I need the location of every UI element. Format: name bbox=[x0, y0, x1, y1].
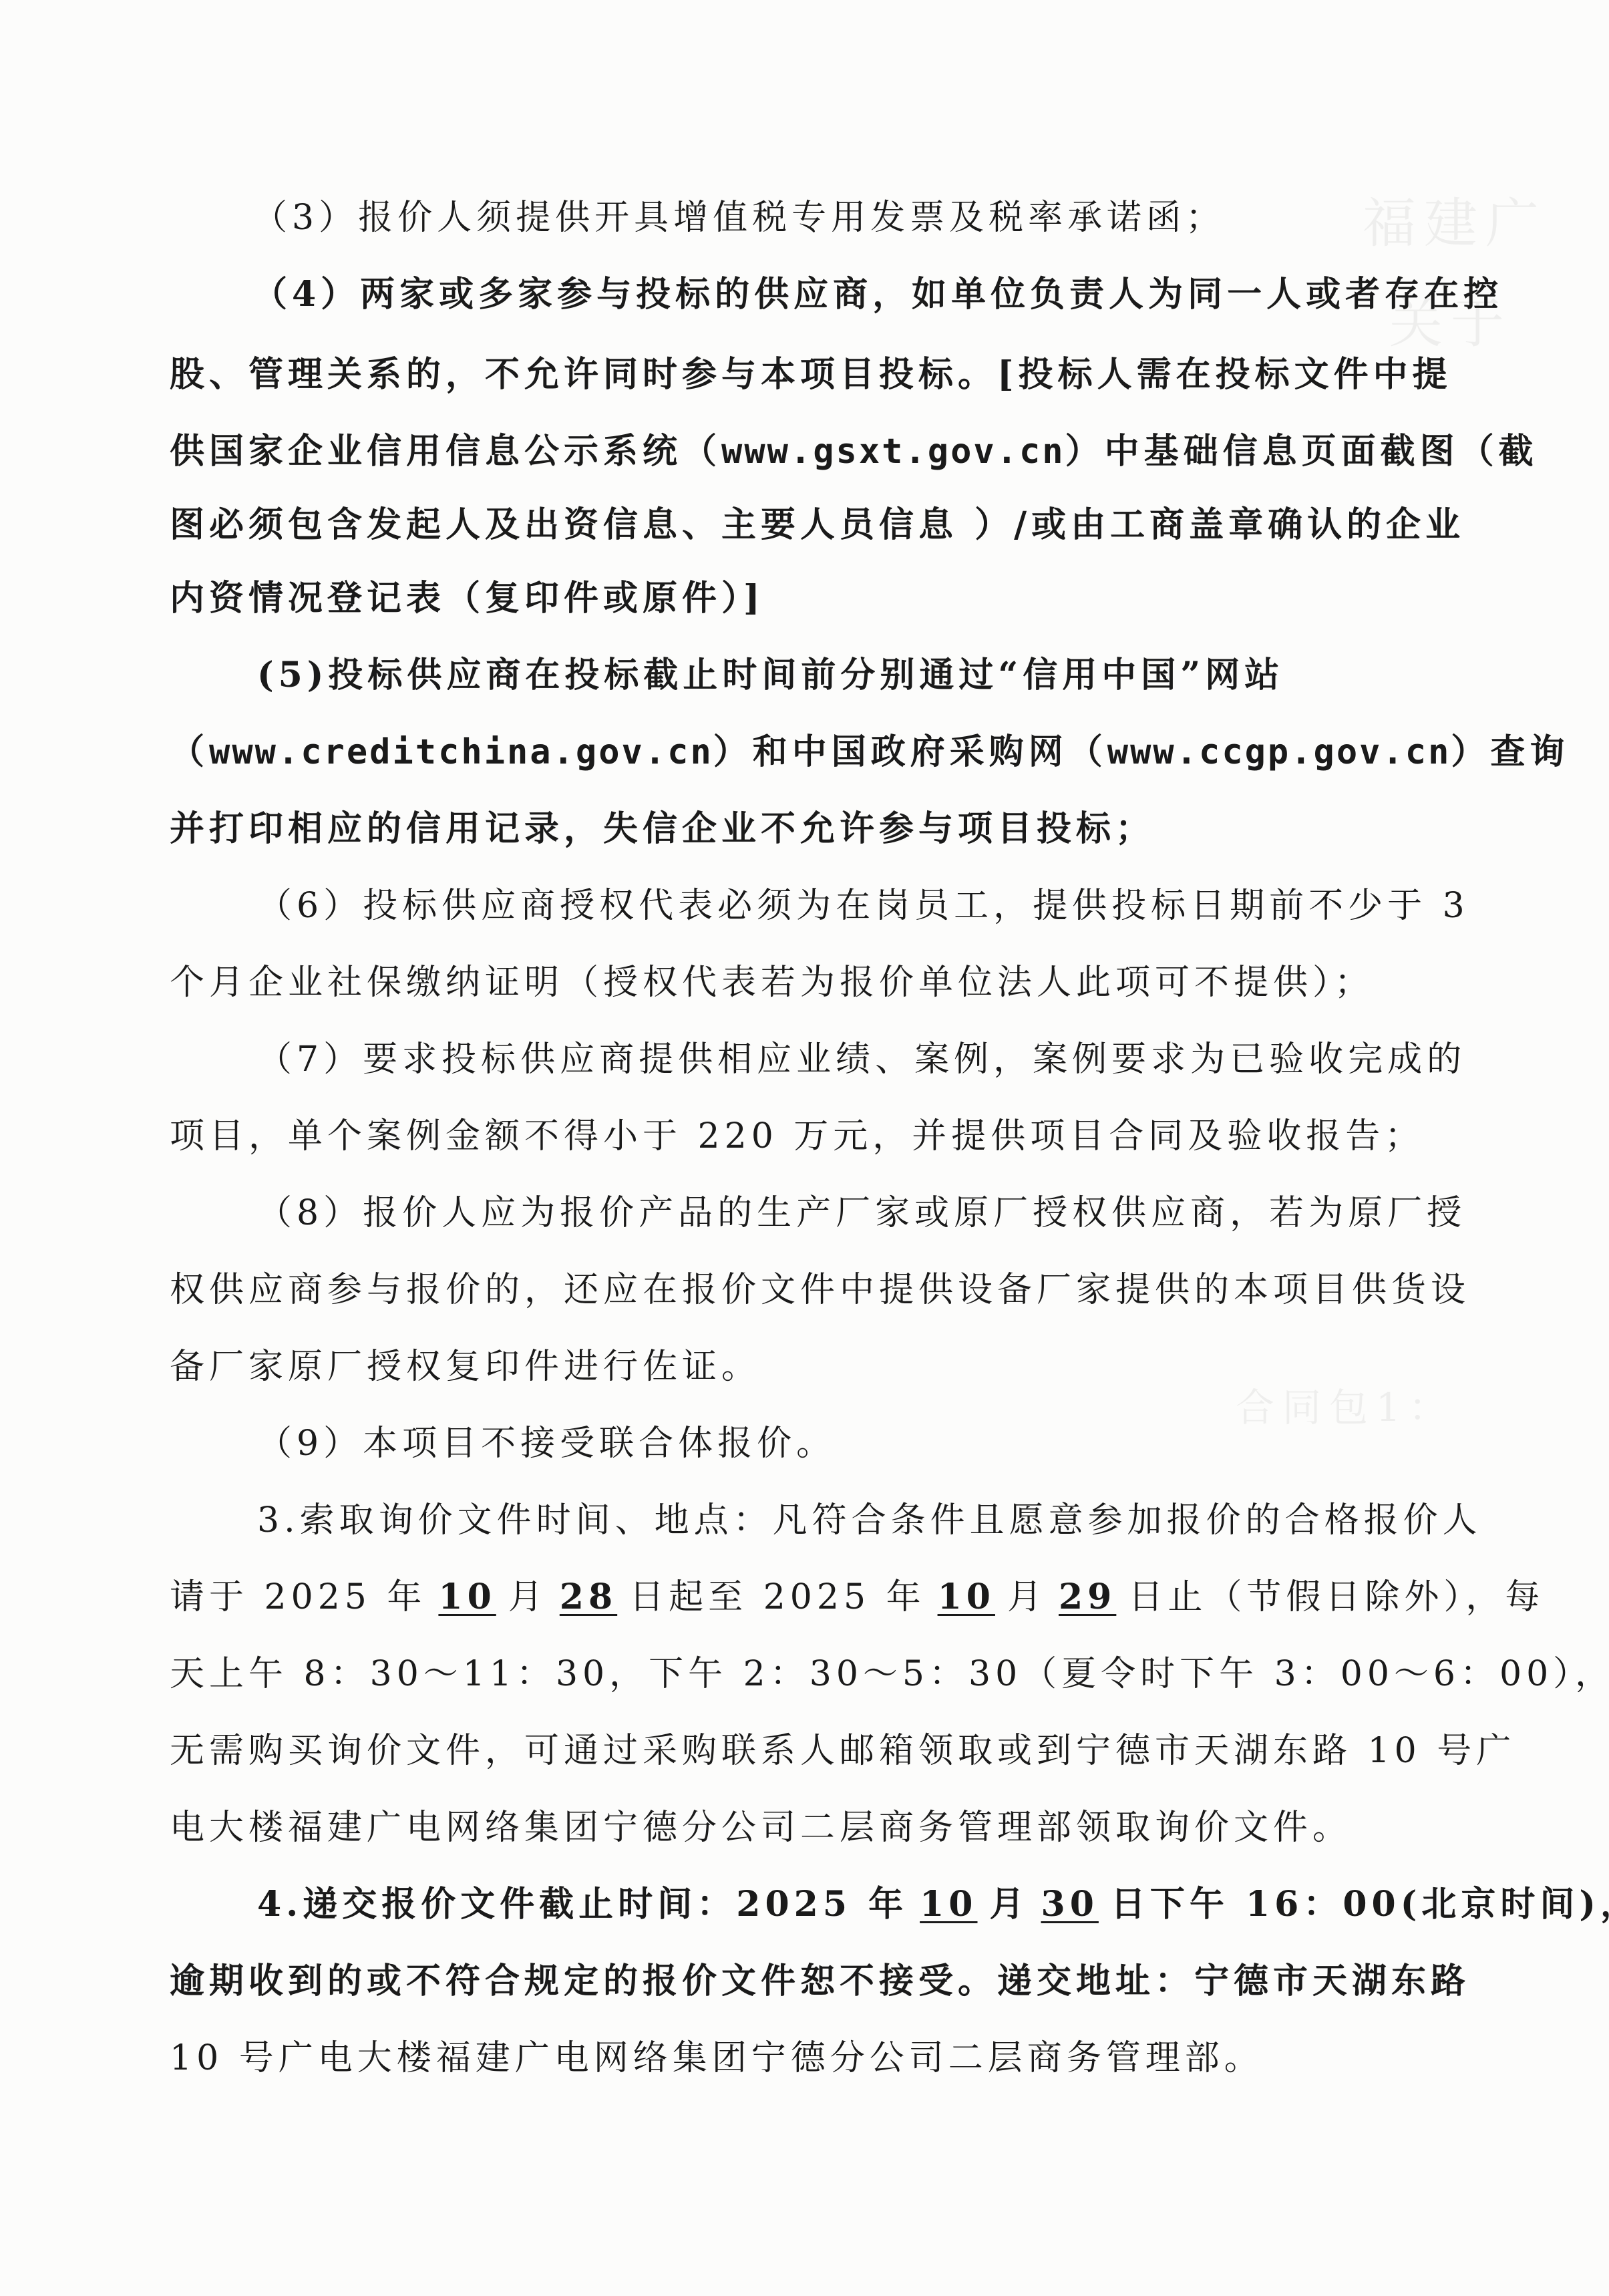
section-4-line-1: 4.递交报价文件截止时间：2025 年10月30日下午 16：00(北京时间)， bbox=[257, 1887, 1609, 1922]
item-8-line-3: 备厂家原厂授权复印件进行佐证。 bbox=[170, 1349, 761, 1384]
item-4-line-4: 图必须包含发起人及出资信息、主要人员信息 ）/或由工商盖章确认的企业 bbox=[170, 508, 1465, 542]
item-4-text: 供国家企业信用信息公示系统（ bbox=[170, 431, 721, 472]
bleed-through-text: 合同包1： bbox=[1236, 1376, 1455, 1432]
item-5-line-2: （www.creditchina.gov.cn）和中国政府采购网（www.ccg… bbox=[170, 735, 1569, 770]
item-7-line-1: （7）要求投标供应商提供相应业绩、案例，案例要求为已验收完成的 bbox=[257, 1042, 1466, 1077]
section-3-text: 日止（节假日除外），每 bbox=[1128, 1577, 1544, 1617]
section-3-text: 请于 2025 年 bbox=[170, 1577, 426, 1617]
section-4-line-2: 逾期收到的或不符合规定的报价文件恕不接受。递交地址：宁德市天湖东路 bbox=[170, 1964, 1470, 1999]
section-3-line-3: 天上午 8：30～11：30，下午 2：30～5：30（夏令时下午 3：00～6… bbox=[170, 1657, 1609, 1691]
section-3-line-2: 请于 2025 年10月28日起至 2025 年10月29日止（节假日除外），每 bbox=[170, 1580, 1544, 1615]
section-3-line-1: 3.索取询价文件时间、地点：凡符合条件且愿意参加报价的合格报价人 bbox=[257, 1503, 1482, 1538]
item-6-line-2: 个月企业社保缴纳证明（授权代表若为报价单位法人此项可不提供）； bbox=[170, 965, 1374, 1000]
item-5-text: ）和中国政府采购网（ bbox=[713, 731, 1107, 772]
section-4-line-3: 10 号广电大楼福建广电网络集团宁德分公司二层商务管理部。 bbox=[170, 2041, 1264, 2076]
start-month-field: 10 bbox=[426, 1577, 508, 1617]
item-7-line-2: 项目，单个案例金额不得小于 220 万元，并提供项目合同及验收报告； bbox=[170, 1119, 1424, 1154]
item-6-line-1: （6）投标供应商授权代表必须为在岗员工，提供投标日期前不少于 3 bbox=[257, 888, 1469, 923]
item-5-text: （ bbox=[170, 731, 209, 772]
item-5-text: ）查询 bbox=[1451, 731, 1569, 772]
section-4-text: 日下午 16：00(北京时间)， bbox=[1111, 1884, 1609, 1925]
item-8-line-2: 权供应商参与报价的，还应在报价文件中提供设备厂家提供的本项目供货设 bbox=[170, 1273, 1470, 1307]
bleed-through-text: 福建广 bbox=[1363, 180, 1547, 257]
section-3-text: 日起至 2025 年 bbox=[629, 1577, 925, 1617]
item-4-line-3: 供国家企业信用信息公示系统（www.gsxt.gov.cn）中基础信息页面截图（… bbox=[170, 434, 1538, 469]
month-label: 月 bbox=[990, 1884, 1029, 1925]
section-4-text: 4.递交报价文件截止时间：2025 年 bbox=[257, 1884, 908, 1925]
ccgp-url-link[interactable]: www.ccgp.gov.cn bbox=[1107, 732, 1451, 772]
deadline-day-field: 30 bbox=[1029, 1884, 1111, 1925]
month-label: 月 bbox=[508, 1577, 548, 1617]
item-4-text: ）中基础信息页面截图（截 bbox=[1065, 431, 1538, 472]
item-4-line-5: 内资情况登记表（复印件或原件）] bbox=[170, 581, 765, 616]
item-8-line-1: （8）报价人应为报价产品的生产厂家或原厂授权供应商，若为原厂授 bbox=[257, 1196, 1466, 1231]
creditchina-url-link[interactable]: www.creditchina.gov.cn bbox=[209, 732, 713, 772]
item-9: （9）本项目不接受联合体报价。 bbox=[257, 1426, 836, 1461]
item-5-line-1: (5)投标供应商在投标截止时间前分别通过“信用中国”网站 bbox=[257, 658, 1284, 693]
deadline-month-field: 10 bbox=[908, 1884, 989, 1925]
section-3-line-5: 电大楼福建广电网络集团宁德分公司二层商务管理部领取询价文件。 bbox=[170, 1810, 1352, 1845]
gsxt-url-link[interactable]: www.gsxt.gov.cn bbox=[721, 432, 1065, 472]
end-month-field: 10 bbox=[926, 1577, 1007, 1617]
month-label: 月 bbox=[1007, 1577, 1047, 1617]
item-4-line-2: 股、管理关系的，不允许同时参与本项目投标。[投标人需在投标文件中提 bbox=[170, 357, 1452, 392]
end-day-field: 29 bbox=[1047, 1577, 1128, 1617]
start-day-field: 28 bbox=[548, 1577, 629, 1617]
item-5-line-3: 并打印相应的信用记录，失信企业不允许参与项目投标； bbox=[170, 812, 1155, 846]
item-4-line-1: （4）两家或多家参与投标的供应商，如单位负责人为同一人或者存在控 bbox=[252, 277, 1503, 312]
scanned-page: 福建广 关于 合同包1： （3）报价人须提供开具增值税专用发票及税率承诺函； （… bbox=[0, 0, 1609, 2296]
section-3-line-4: 无需购买询价文件，可通过采购联系人邮箱领取或到宁德市天湖东路 10 号广 bbox=[170, 1734, 1515, 1768]
item-3: （3）报价人须提供开具增值税专用发票及税率承诺函； bbox=[252, 200, 1225, 235]
